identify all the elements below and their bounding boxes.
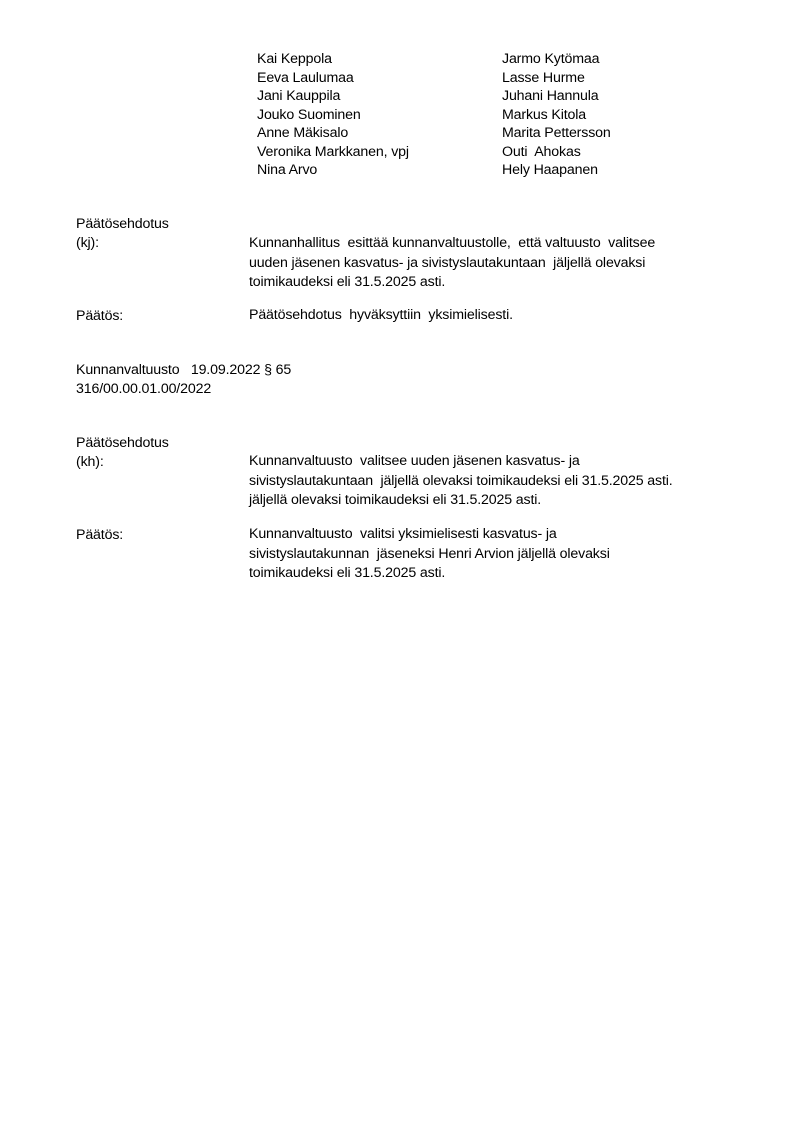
proposal-line: sivistyslautakuntaan jäljellä olevaksi t… (249, 472, 673, 492)
decision-text: Kunnanvaltuusto valitsi yksimielisesti k… (249, 525, 610, 584)
members-list-left: Kai Keppola Eeva Laulumaa Jani Kauppila … (257, 50, 409, 180)
proposal-line: toimikaudeksi eli 31.5.2025 asti. (249, 273, 655, 293)
proposal-sublabel: (kj): (76, 234, 99, 253)
member-name: Jani Kauppila (257, 87, 409, 106)
proposal-text: Kunnanhallitus esittää kunnanvaltuustoll… (249, 234, 655, 293)
proposal-line: uuden jäsenen kasvatus- ja sivistyslauta… (249, 254, 655, 274)
members-list-right: Jarmo Kytömaa Lasse Hurme Juhani Hannula… (502, 50, 611, 180)
decision-line: sivistyslautakunnan jäseneksi Henri Arvi… (249, 545, 610, 565)
meeting-reference: 316/00.00.01.00/2022 (76, 380, 211, 399)
member-name: Veronika Markkanen, vpj (257, 143, 409, 162)
decision-label: Päätös: (76, 307, 123, 326)
member-name: Lasse Hurme (502, 69, 611, 88)
member-name: Markus Kitola (502, 106, 611, 125)
decision-line: Kunnanvaltuusto valitsi yksimielisesti k… (249, 525, 610, 545)
member-name: Kai Keppola (257, 50, 409, 69)
proposal-line: Kunnanvaltuusto valitsee uuden jäsenen k… (249, 452, 673, 472)
proposal-line: jäljellä olevaksi toimikaudeksi eli 31.5… (249, 491, 673, 511)
member-name: Juhani Hannula (502, 87, 611, 106)
proposal-label: Päätösehdotus (76, 215, 169, 234)
proposal-line: Kunnanhallitus esittää kunnanvaltuustoll… (249, 234, 655, 254)
decision-line: toimikaudeksi eli 31.5.2025 asti. (249, 564, 610, 584)
proposal-label: Päätösehdotus (76, 434, 169, 453)
proposal-sublabel: (kh): (76, 453, 104, 472)
member-name: Marita Pettersson (502, 124, 611, 143)
meeting-heading: Kunnanvaltuusto 19.09.2022 § 65 (76, 361, 291, 380)
member-name: Eeva Laulumaa (257, 69, 409, 88)
decision-text: Päätösehdotus hyväksyttiin yksimielisest… (249, 306, 513, 326)
member-name: Anne Mäkisalo (257, 124, 409, 143)
decision-line: Päätösehdotus hyväksyttiin yksimielisest… (249, 306, 513, 326)
proposal-text: Kunnanvaltuusto valitsee uuden jäsenen k… (249, 452, 673, 511)
member-name: Outi Ahokas (502, 143, 611, 162)
member-name: Jouko Suominen (257, 106, 409, 125)
member-name: Jarmo Kytömaa (502, 50, 611, 69)
decision-label: Päätös: (76, 526, 123, 545)
member-name: Nina Arvo (257, 161, 409, 180)
member-name: Hely Haapanen (502, 161, 611, 180)
